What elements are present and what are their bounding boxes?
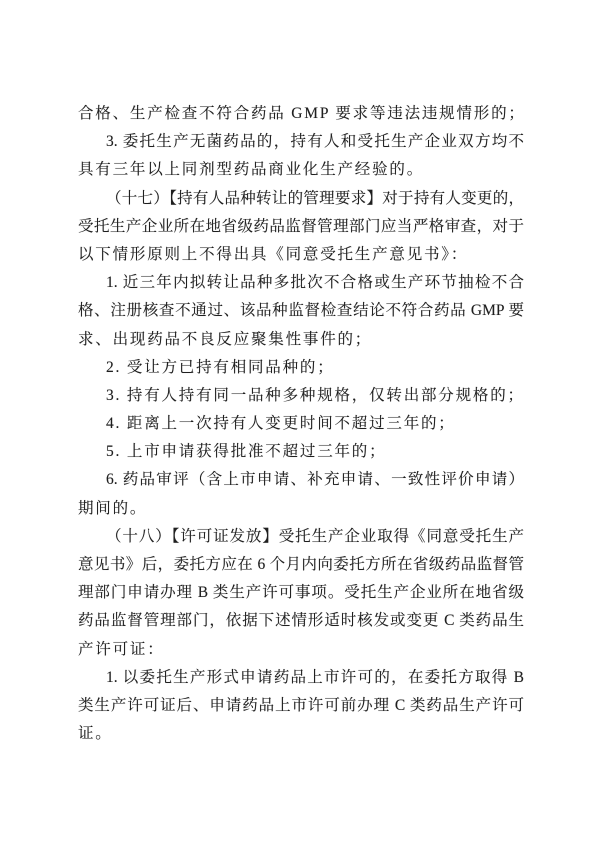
text-block: 合格、生产检查不符合药品 GMP 要求等违法违规情形的；3. 委托生产无菌药品的…	[78, 100, 524, 748]
text-line: 求、出现药品不良反应聚集性事件的；	[78, 326, 524, 354]
text-line: 5. 上市申请获得批准不超过三年的；	[78, 438, 524, 466]
text-line: 3. 委托生产无菌药品的，持有人和受托生产企业双方均不	[78, 128, 524, 156]
text-line: 证。	[78, 720, 524, 748]
text-line: 期间的。	[78, 495, 524, 523]
text-line: （十七）【持有人品种转让的管理要求】对于持有人变更的，	[78, 185, 524, 213]
text-line: 类生产许可证后、申请药品上市许可前办理 C 类药品生产许可	[78, 692, 524, 720]
text-line: 受托生产企业所在地省级药品监督管理部门应当严格审查，对于	[78, 213, 524, 241]
text-line: 合格、生产检查不符合药品 GMP 要求等违法违规情形的；	[78, 100, 524, 128]
text-line: 格、注册核查不通过、该品种监督检查结论不符合药品 GMP 要	[78, 297, 524, 325]
text-line: 意见书》后，委托方应在 6 个月内向委托方所在省级药品监督管	[78, 551, 524, 579]
text-line: 理部门申请办理 B 类生产许可事项。受托生产企业所在地省级	[78, 579, 524, 607]
document-page: 合格、生产检查不符合药品 GMP 要求等违法违规情形的；3. 委托生产无菌药品的…	[0, 0, 600, 848]
text-line: 1. 以委托生产形式申请药品上市许可的，在委托方取得 B	[78, 664, 524, 692]
text-line: 2. 受让方已持有相同品种的；	[78, 354, 524, 382]
text-line: 1. 近三年内拟转让品种多批次不合格或生产环节抽检不合	[78, 269, 524, 297]
text-line: 6. 药品审评（含上市申请、补充申请、一致性评价申请）	[78, 466, 524, 494]
text-line: 4. 距离上一次持有人变更时间不超过三年的；	[78, 410, 524, 438]
text-line: 具有三年以上同剂型药品商业化生产经验的。	[78, 156, 524, 184]
text-line: （十八）【许可证发放】受托生产企业取得《同意受托生产	[78, 523, 524, 551]
text-line: 3. 持有人持有同一品种多种规格，仅转出部分规格的；	[78, 382, 524, 410]
text-line: 以下情形原则上不得出具《同意受托生产意见书》：	[78, 241, 524, 269]
text-line: 药品监督管理部门，依据下述情形适时核发或变更 C 类药品生	[78, 607, 524, 635]
text-line: 产许可证：	[78, 636, 524, 664]
